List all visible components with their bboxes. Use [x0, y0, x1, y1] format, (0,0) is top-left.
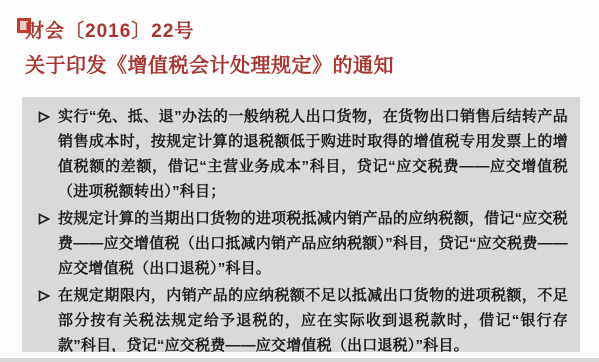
bullet-text: 在规定期限内，内销产品的应纳税额不足以抵减出口货物的进项税额，不足部分按有关税法… — [58, 283, 568, 352]
arrow-bullet-icon — [38, 104, 58, 129]
bottom-edge-strip — [0, 358, 599, 362]
arrow-bullet-icon — [38, 283, 58, 308]
arrow-bullet-icon — [38, 206, 58, 231]
document-page: 财会〔2016〕22号 关于印发《增值税会计处理规定》的通知 实行“免、抵、退”… — [0, 0, 599, 362]
bullet-item: 按规定计算的当期出口货物的进项税抵减内销产品的应纳税额，借记“应交税费——应交增… — [38, 206, 568, 281]
bullet-item: 在规定期限内，内销产品的应纳税额不足以抵减出口货物的进项税额，不足部分按有关税法… — [38, 283, 568, 352]
bullet-text: 实行“免、抵、退”办法的一般纳税人出口货物，在货物出口销售后结转产品销售成本时，… — [58, 104, 568, 204]
red-artifact-mark — [17, 18, 31, 33]
content-panel: 实行“免、抵、退”办法的一般纳税人出口货物，在货物出口销售后结转产品销售成本时，… — [22, 97, 580, 352]
bullet-text: 按规定计算的当期出口货物的进项税抵减内销产品的应纳税额，借记“应交税费——应交增… — [58, 206, 568, 281]
bullet-item: 实行“免、抵、退”办法的一般纳税人出口货物，在货物出口销售后结转产品销售成本时，… — [38, 104, 568, 204]
document-header: 财会〔2016〕22号 关于印发《增值税会计处理规定》的通知 — [0, 0, 599, 78]
doc-number: 财会〔2016〕22号 — [25, 21, 599, 42]
page-title: 关于印发《增值税会计处理规定》的通知 — [25, 54, 599, 78]
